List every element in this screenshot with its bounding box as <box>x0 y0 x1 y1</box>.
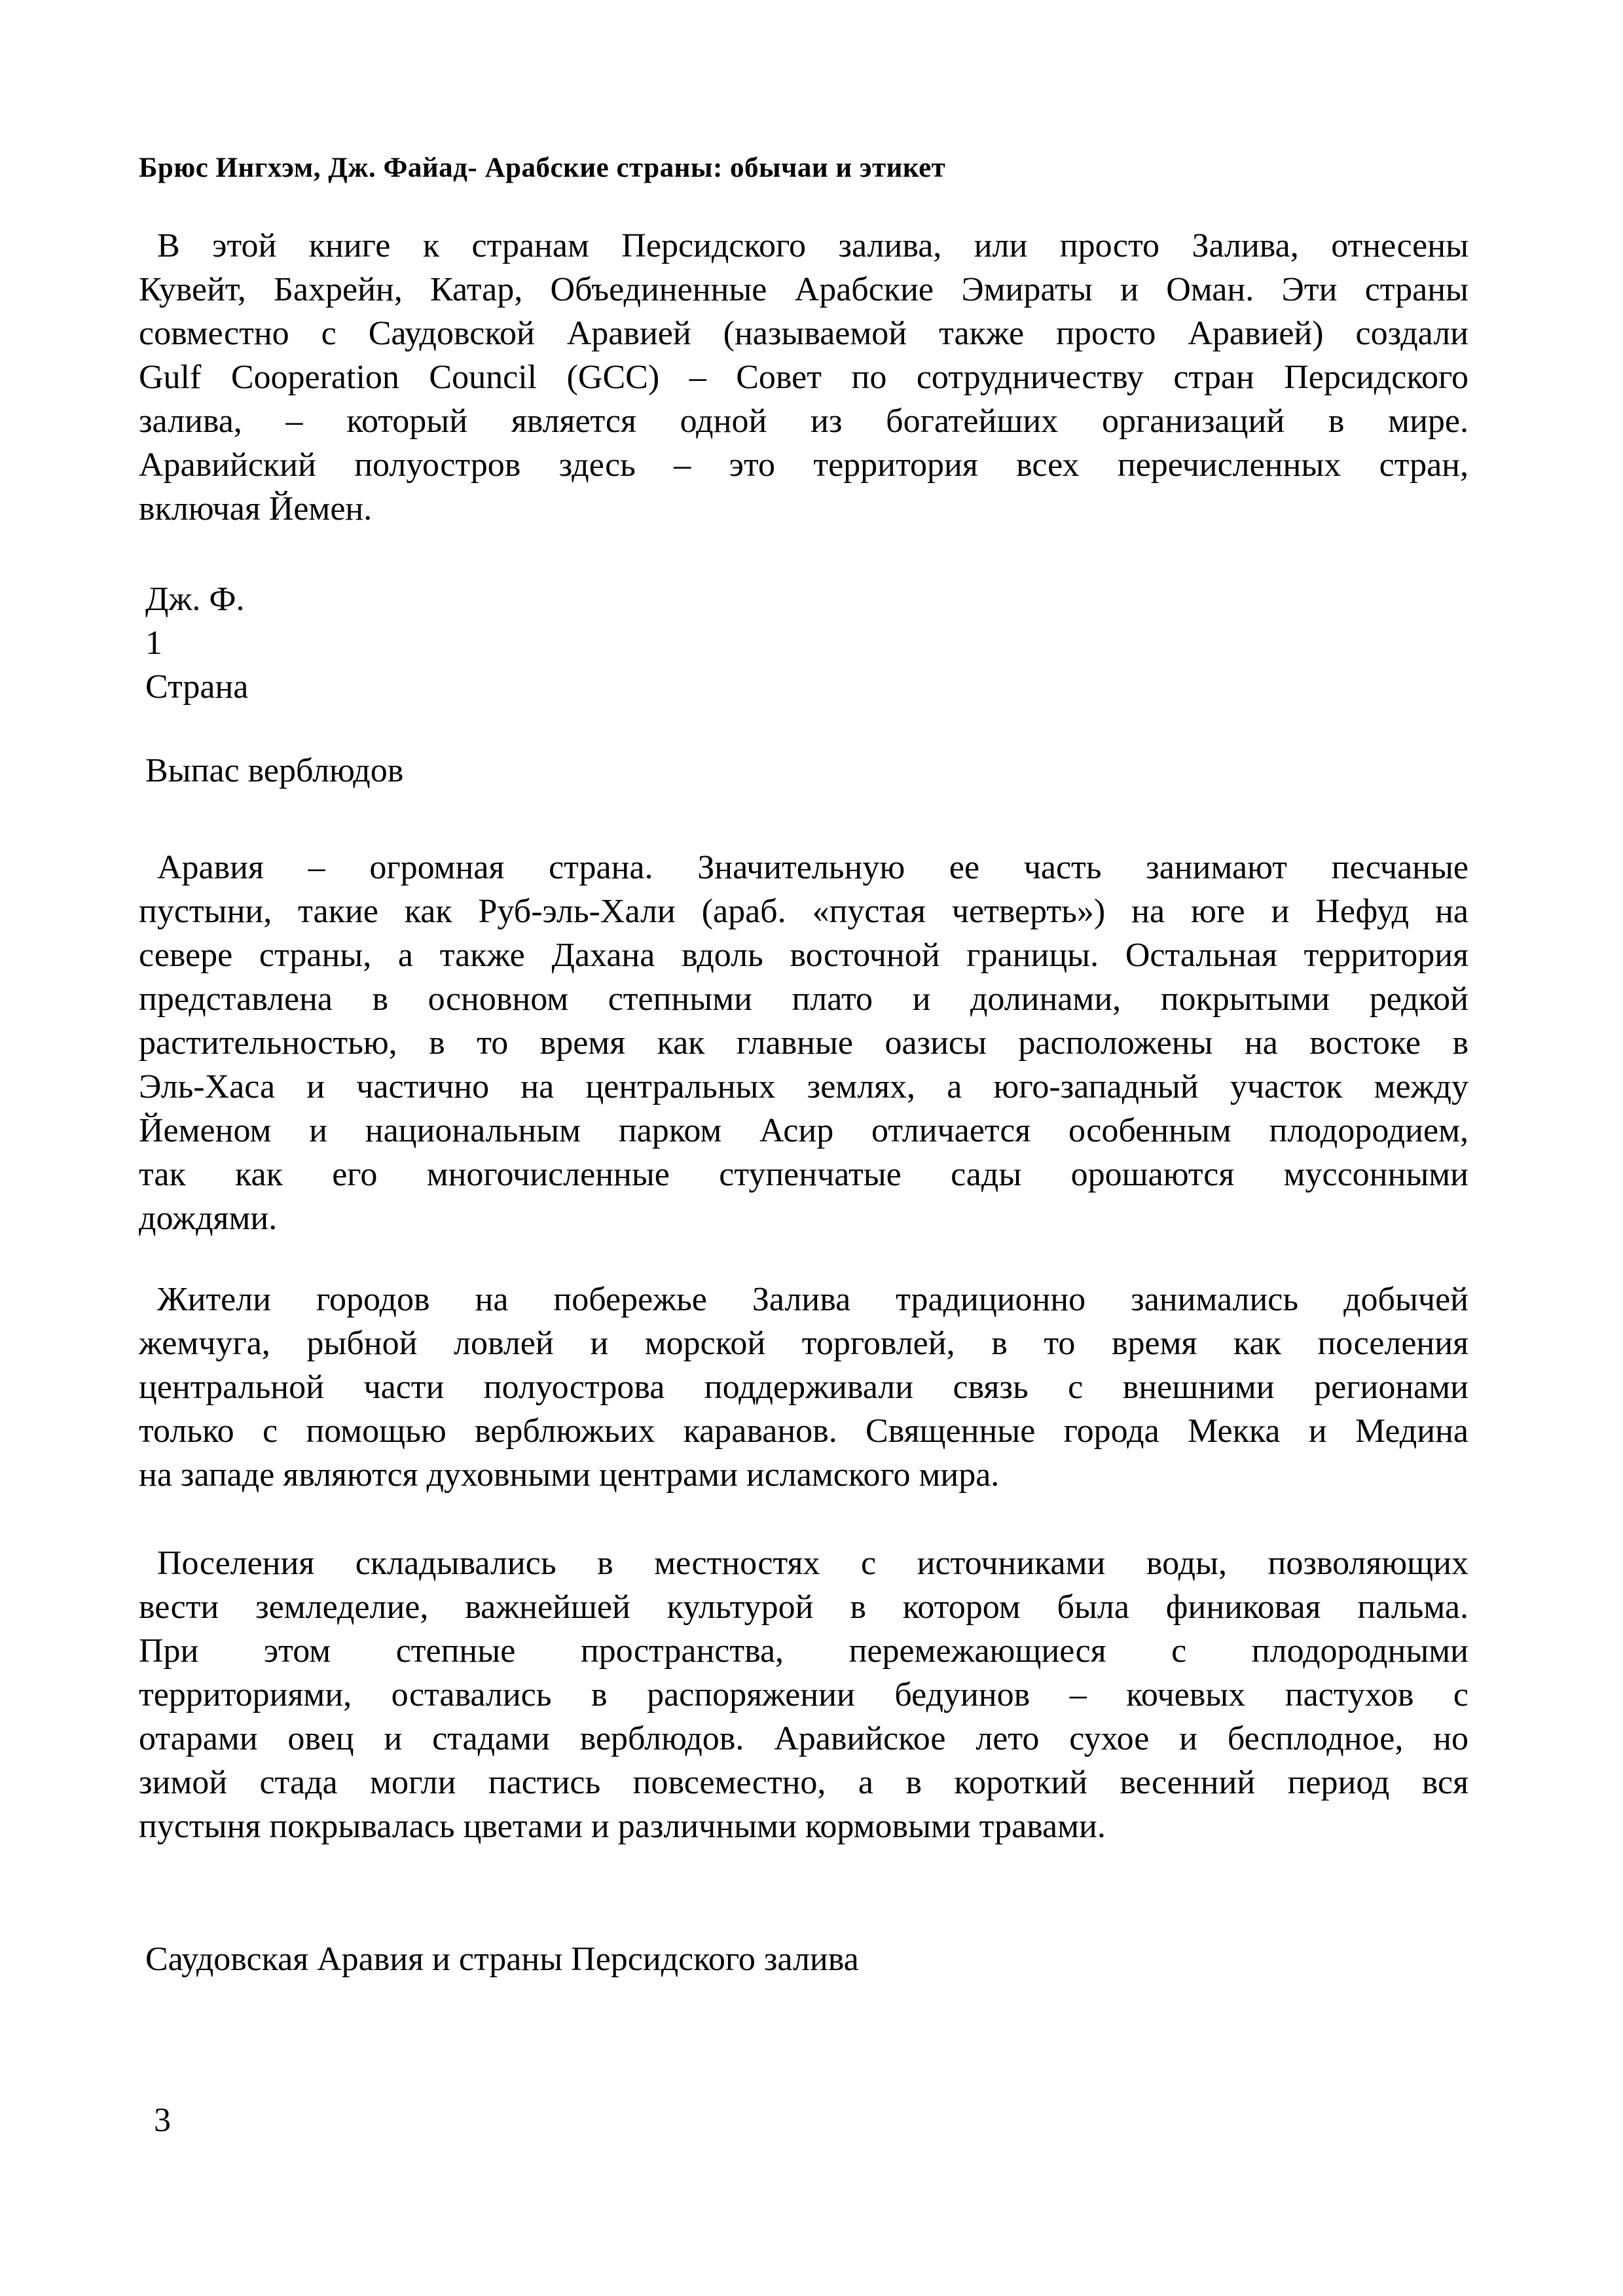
text-line: Йеменом и национальным парком Асир отлич… <box>139 1109 1468 1153</box>
text-line: вести земледелие, важнейшей культурой в … <box>139 1585 1468 1629</box>
text-line: совместно с Саудовской Аравией (называем… <box>139 312 1468 355</box>
text-line: Поселения складывались в местностях с ис… <box>139 1541 1468 1585</box>
text-line: центральной части полуострова поддержива… <box>139 1365 1468 1409</box>
text-line: Выпас верблюдов <box>139 749 1468 793</box>
text-line: включая Йемен. <box>139 487 1468 531</box>
running-head: Брюс Ингхэм, Дж. Файад- Арабские страны:… <box>139 152 1468 185</box>
text-line: Дж. Ф. <box>139 577 1468 621</box>
text-line: пустыня покрывалась цветами и различными… <box>139 1804 1468 1848</box>
text-line: жемчуга, рыбной ловлей и морской торговл… <box>139 1321 1468 1365</box>
text-line: В этой книге к странам Персидского залив… <box>139 224 1468 268</box>
text-line: Кувейт, Бахрейн, Катар, Объединенные Ара… <box>139 268 1468 312</box>
geography-paragraph: Аравия – огромная страна. Значительную е… <box>139 846 1468 1240</box>
document-blocks: В этой книге к странам Персидского залив… <box>139 224 1468 1981</box>
text-line: отарами овец и стадами верблюдов. Аравий… <box>139 1717 1468 1761</box>
text-line: на западе являются духовными центрами ис… <box>139 1453 1468 1497</box>
text-line: При этом степные пространства, перемежаю… <box>139 1629 1468 1673</box>
text-line: представлена в основном степными плато и… <box>139 977 1468 1021</box>
text-line: залива, – который является одной из бога… <box>139 399 1468 443</box>
chapter-heading-block: Дж. Ф.1Страна <box>139 577 1468 709</box>
text-line: Жители городов на побережье Залива тради… <box>139 1278 1468 1321</box>
text-line: севере страны, а также Дахана вдоль вост… <box>139 933 1468 977</box>
settlements-paragraph: Поселения складывались в местностях с ис… <box>139 1541 1468 1848</box>
text-line: так как его многочисленные ступенчатые с… <box>139 1153 1468 1196</box>
text-line: растительностью, в то время как главные … <box>139 1021 1468 1065</box>
text-line: Эль-Хаса и частично на центральных земля… <box>139 1065 1468 1109</box>
text-line: Gulf Cooperation Council (GCC) – Совет п… <box>139 355 1468 399</box>
section-caption-camel-grazing: Выпас верблюдов <box>139 749 1468 793</box>
text-line: пустыни, такие как Руб-эль-Хали (араб. «… <box>139 889 1468 933</box>
text-line: дождями. <box>139 1196 1468 1240</box>
text-line: 1 <box>139 621 1468 665</box>
coastal-cities-paragraph: Жители городов на побережье Залива тради… <box>139 1278 1468 1497</box>
text-line: зимой стада могли пастись повсеместно, а… <box>139 1761 1468 1804</box>
text-line: территориями, оставались в распоряжении … <box>139 1673 1468 1717</box>
text-line: Страна <box>139 665 1468 709</box>
document-page: Брюс Ингхэм, Дж. Файад- Арабские страны:… <box>0 0 1623 2296</box>
text-line: Аравия – огромная страна. Значительную е… <box>139 846 1468 889</box>
page-number: 3 <box>154 2098 171 2142</box>
intro-paragraph: В этой книге к странам Персидского залив… <box>139 224 1468 531</box>
text-line: только с помощью верблюжьих караванов. С… <box>139 1409 1468 1453</box>
text-line: Аравийский полуостров здесь – это террит… <box>139 443 1468 487</box>
text-line: Саудовская Аравия и страны Персидского з… <box>139 1937 1468 1981</box>
page-content: Брюс Ингхэм, Дж. Файад- Арабские страны:… <box>139 0 1468 1981</box>
section-caption-saudi-arabia: Саудовская Аравия и страны Персидского з… <box>139 1937 1468 1981</box>
